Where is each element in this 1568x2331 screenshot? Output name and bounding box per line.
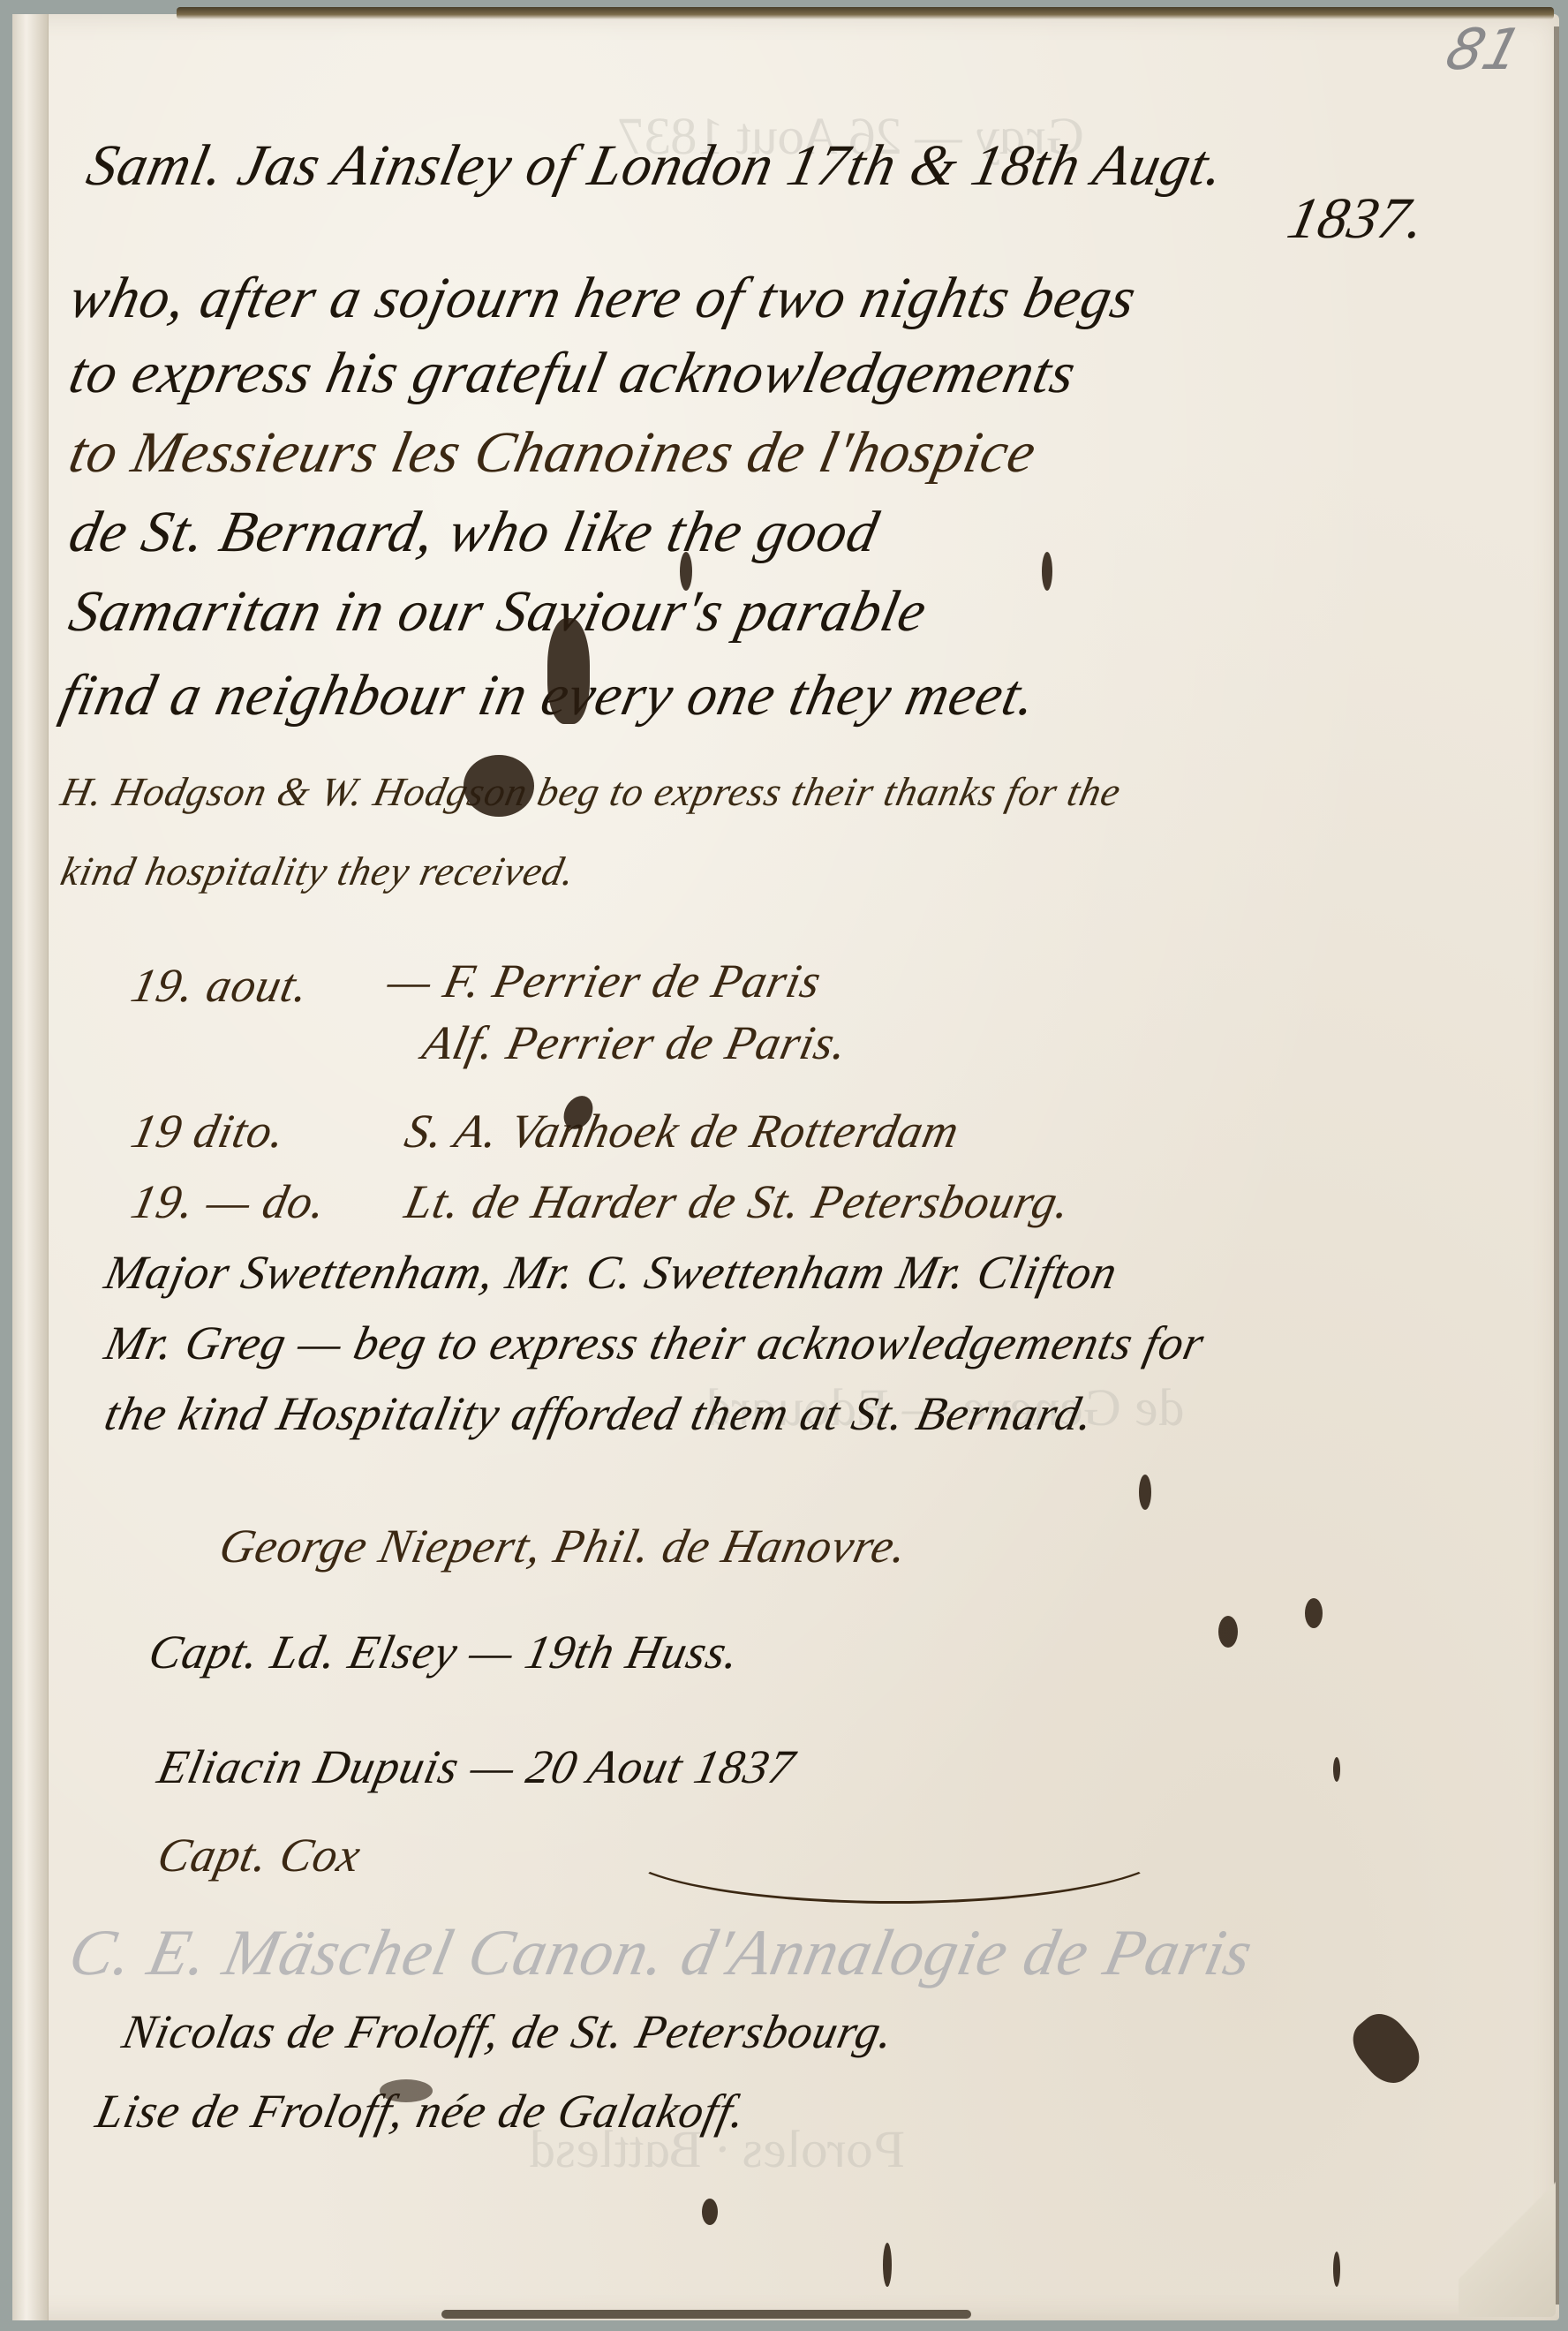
entry-dupuis: Eliacin Dupuis — 20 Aout 1837 [153, 1739, 800, 1794]
entry-cox: Capt. Cox [153, 1828, 366, 1882]
entry-ainsley-line-5: de St. Bernard, who like the good [64, 499, 885, 566]
ink-blot [680, 552, 692, 591]
entry-froloff-line-1: Nicolas de Froloff, de St. Petersbourg. [117, 2004, 899, 2059]
ink-blot [464, 755, 534, 817]
entry-ainsley-line-3: to express his grateful acknowledgements [64, 340, 1082, 407]
ink-smudge [380, 2079, 433, 2102]
ink-blot [1333, 1757, 1340, 1782]
page-corner-curl [1459, 2167, 1556, 2317]
entry-hodgson-line-1: H. Hodgson & W. Hodgson beg to express t… [57, 768, 1125, 815]
ink-blot [1305, 1598, 1323, 1628]
entry-vanhoek-name: S. A. Vanhoek de Rotterdam [400, 1104, 964, 1158]
signature-flourish [618, 1792, 1171, 1904]
entry-vanhoek-date: 19 dito. [126, 1104, 290, 1158]
entry-ainsley-line-4: to Messieurs les Chanoines de l'hospice [64, 419, 1043, 487]
ink-blot [883, 2243, 892, 2287]
entry-ainsley-year: 1837. [1282, 185, 1432, 253]
entry-niepert: George Niepert, Phil. de Hanovre. [215, 1519, 913, 1573]
entry-ainsley-line-1: Saml. Jas Ainsley of London 17th & 18th … [81, 132, 1231, 200]
page-right-edge [1554, 26, 1559, 2305]
entry-elsey: Capt. Ld. Elsey — 19th Huss. [144, 1625, 744, 1679]
ink-blot [1333, 2252, 1340, 2287]
ink-blot [1042, 552, 1052, 591]
page-bottom-edge [441, 2310, 971, 2319]
entry-ainsley-line-6: Samaritan in our Saviour's parable [64, 578, 933, 645]
page-top-edge [177, 7, 1554, 19]
entry-harder-date: 19. — do. [126, 1174, 331, 1229]
entry-hodgson-line-2: kind hospitality they received. [57, 848, 579, 894]
entry-perrier-date: 19. aout. [126, 958, 314, 1013]
entry-harder-name: Lt. de Harder de St. Petersbourg. [400, 1174, 1075, 1229]
ink-blot [547, 618, 590, 724]
entry-swettenham-line-2: Mr. Greg — beg to express their acknowle… [100, 1316, 1209, 1370]
entry-swettenham-line-1: Major Swettenham, Mr. C. Swettenham Mr. … [100, 1245, 1122, 1300]
entry-mascheli-faint: C. E. Mäschel Canon. d'Annalogie de Pari… [63, 1916, 1259, 1991]
ink-blot [702, 2199, 718, 2225]
ink-blot [1218, 1616, 1238, 1648]
entry-ainsley-line-2: who, after a sojourn here of two nights … [64, 265, 1142, 332]
ink-blot [1139, 1475, 1151, 1510]
entry-perrier-line-2: Alf. Perrier de Paris. [418, 1015, 853, 1070]
entry-perrier-line-1: — F. Perrier de Paris [382, 954, 826, 1008]
entry-swettenham-line-3: the kind Hospitality afforded them at St… [100, 1386, 1099, 1441]
book-binding [12, 14, 49, 2320]
